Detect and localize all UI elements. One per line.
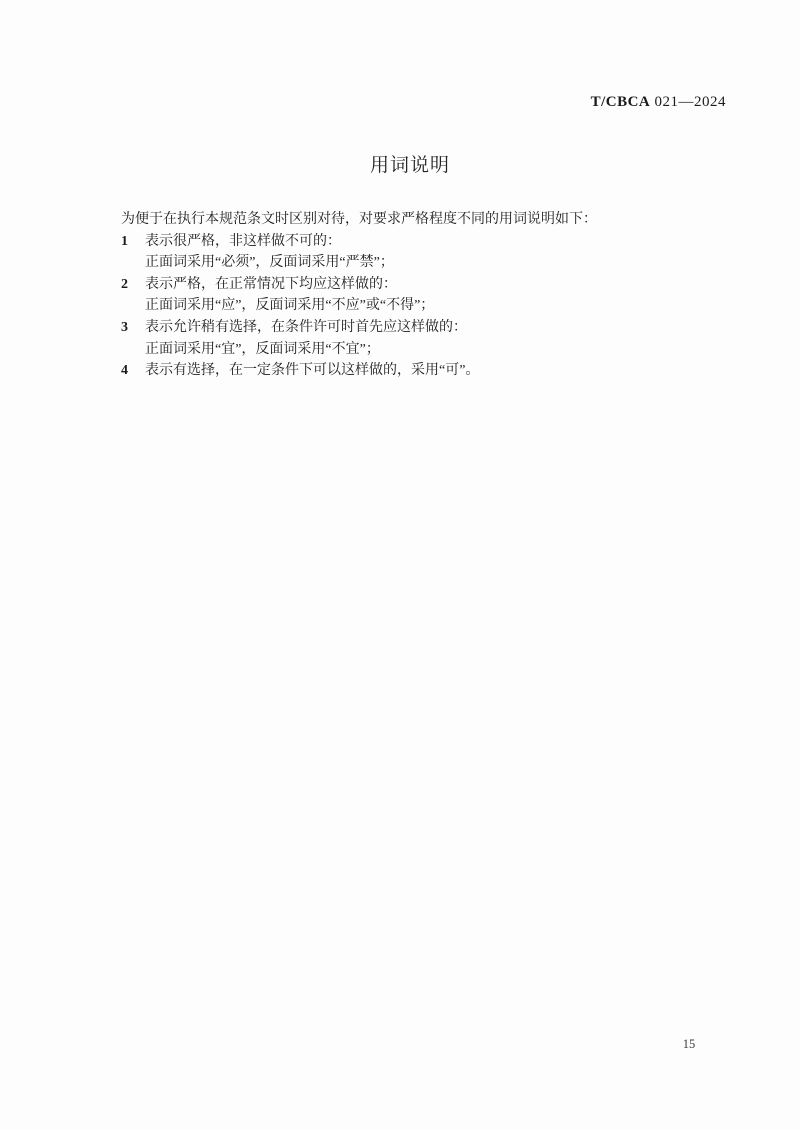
list-item-sub: 正面词采用“宜”，反面词采用“不宜”； — [145, 339, 699, 361]
document-page: T/CBCA 021—2024 用词说明 为便于在执行本规范条文时区别对待，对要… — [0, 0, 800, 1130]
list-item-lead: 表示有选择，在一定条件下可以这样做的，采用“可”。 — [145, 360, 699, 382]
list-item-number: 4 — [121, 360, 145, 382]
list-item-number: 1 — [121, 231, 145, 253]
list-item-lead: 表示严格，在正常情况下均应这样做的： — [145, 274, 699, 296]
list-item-lead: 表示允许稍有选择，在条件许可时首先应这样做的： — [145, 317, 699, 339]
standard-number: T/CBCA 021—2024 — [591, 94, 726, 111]
intro-paragraph: 为便于在执行本规范条文时区别对待，对要求严格程度不同的用词说明如下： — [121, 209, 699, 231]
list-item-number: 3 — [121, 317, 145, 339]
page-title: 用词说明 — [121, 150, 699, 177]
list-item: 3 表示允许稍有选择，在条件许可时首先应这样做的： — [121, 317, 699, 339]
page-number: 15 — [665, 1037, 713, 1052]
list-item-lead: 表示很严格，非这样做不可的： — [145, 231, 699, 253]
list-item: 4 表示有选择，在一定条件下可以这样做的，采用“可”。 — [121, 360, 699, 382]
list-item: 1 表示很严格，非这样做不可的： — [121, 231, 699, 253]
standard-code: T/CBCA — [591, 94, 651, 110]
list-item-number: 2 — [121, 274, 145, 296]
list-item-sub: 正面词采用“应”，反面词采用“不应”或“不得”； — [145, 295, 699, 317]
list-item-sub: 正面词采用“必须”，反面词采用“严禁”； — [145, 252, 699, 274]
body-text: 为便于在执行本规范条文时区别对待，对要求严格程度不同的用词说明如下： 1 表示很… — [121, 209, 699, 382]
standard-year-number: 021—2024 — [655, 94, 727, 110]
list-item: 2 表示严格，在正常情况下均应这样做的： — [121, 274, 699, 296]
